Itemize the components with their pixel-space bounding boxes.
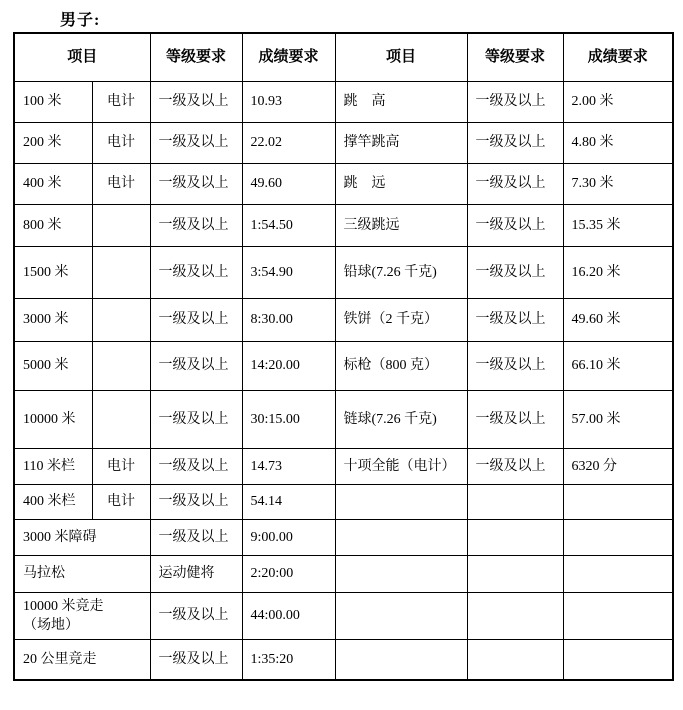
event-cell: 10000 米竞走 （场地） — [14, 592, 150, 639]
result-cell: 7.30 米 — [563, 163, 673, 204]
event-cell: 100 米 — [14, 81, 92, 122]
event-cell — [335, 639, 467, 680]
event-cell — [335, 519, 467, 555]
result-cell: 44:00.00 — [242, 592, 335, 639]
result-cell: 2.00 米 — [563, 81, 673, 122]
level-cell: 一级及以上 — [467, 448, 563, 484]
event-cell: 标枪（800 克） — [335, 341, 467, 390]
level-cell: 一级及以上 — [150, 122, 242, 163]
result-cell: 54.14 — [242, 484, 335, 519]
result-cell: 57.00 米 — [563, 390, 673, 448]
table-row: 3000 米一级及以上8:30.00铁饼（2 千克）一级及以上49.60 米 — [14, 298, 673, 341]
event-cell: 110 米栏 — [14, 448, 92, 484]
timing-cell — [92, 298, 150, 341]
level-cell: 一级及以上 — [467, 390, 563, 448]
result-cell: 3:54.90 — [242, 246, 335, 298]
timing-cell: 电计 — [92, 163, 150, 204]
event-cell: 20 公里竞走 — [14, 639, 150, 680]
timing-cell: 电计 — [92, 81, 150, 122]
event-cell: 马拉松 — [14, 555, 150, 592]
level-cell: 一级及以上 — [150, 448, 242, 484]
result-cell — [563, 639, 673, 680]
level-cell — [467, 639, 563, 680]
event-cell: 铅球(7.26 千克) — [335, 246, 467, 298]
result-cell: 9:00.00 — [242, 519, 335, 555]
event-cell — [335, 484, 467, 519]
level-cell: 一级及以上 — [150, 81, 242, 122]
level-cell: 一级及以上 — [467, 122, 563, 163]
result-cell: 1:54.50 — [242, 204, 335, 246]
result-cell: 6320 分 — [563, 448, 673, 484]
event-cell: 10000 米 — [14, 390, 92, 448]
table-row: 400 米栏电计一级及以上54.14 — [14, 484, 673, 519]
level-cell: 一级及以上 — [150, 298, 242, 341]
table-row: 5000 米一级及以上14:20.00标枪（800 克）一级及以上66.10 米 — [14, 341, 673, 390]
header-cell-event-left: 项目 — [14, 33, 150, 81]
timing-cell — [92, 204, 150, 246]
header-cell-level-left: 等级要求 — [150, 33, 242, 81]
event-cell: 链球(7.26 千克) — [335, 390, 467, 448]
event-cell: 跳 高 — [335, 81, 467, 122]
result-cell: 49.60 — [242, 163, 335, 204]
result-cell: 16.20 米 — [563, 246, 673, 298]
event-cell: 3000 米障碍 — [14, 519, 150, 555]
level-cell: 一级及以上 — [467, 341, 563, 390]
level-cell: 一级及以上 — [150, 519, 242, 555]
event-cell: 200 米 — [14, 122, 92, 163]
result-cell: 14.73 — [242, 448, 335, 484]
timing-cell — [92, 341, 150, 390]
event-cell: 1500 米 — [14, 246, 92, 298]
result-cell — [563, 484, 673, 519]
level-cell: 一级及以上 — [467, 204, 563, 246]
level-cell — [467, 484, 563, 519]
timing-cell — [92, 246, 150, 298]
page-title: 男子: — [60, 7, 100, 30]
level-cell: 一级及以上 — [467, 81, 563, 122]
result-cell: 49.60 米 — [563, 298, 673, 341]
event-cell — [335, 592, 467, 639]
level-cell — [467, 592, 563, 639]
level-cell — [467, 519, 563, 555]
table-row: 110 米栏电计一级及以上14.73十项全能（电计）一级及以上6320 分 — [14, 448, 673, 484]
result-cell: 66.10 米 — [563, 341, 673, 390]
level-cell: 一级及以上 — [150, 484, 242, 519]
result-cell — [563, 592, 673, 639]
header-cell-level-right: 等级要求 — [467, 33, 563, 81]
result-cell: 1:35:20 — [242, 639, 335, 680]
level-cell: 一级及以上 — [150, 341, 242, 390]
table-row: 200 米电计一级及以上22.02撑竿跳高一级及以上4.80 米 — [14, 122, 673, 163]
header-row: 项目等级要求成绩要求项目等级要求成绩要求 — [14, 33, 673, 81]
event-cell: 三级跳远 — [335, 204, 467, 246]
standards-table: 项目等级要求成绩要求项目等级要求成绩要求100 米电计一级及以上10.93跳 高… — [13, 32, 674, 681]
event-cell: 十项全能（电计） — [335, 448, 467, 484]
level-cell: 一级及以上 — [150, 390, 242, 448]
table-row: 400 米电计一级及以上49.60跳 远一级及以上7.30 米 — [14, 163, 673, 204]
level-cell: 运动健将 — [150, 555, 242, 592]
result-cell: 10.93 — [242, 81, 335, 122]
result-cell: 14:20.00 — [242, 341, 335, 390]
table-row: 10000 米竞走 （场地）一级及以上44:00.00 — [14, 592, 673, 639]
level-cell: 一级及以上 — [467, 163, 563, 204]
table-row: 20 公里竞走一级及以上1:35:20 — [14, 639, 673, 680]
result-cell: 8:30.00 — [242, 298, 335, 341]
event-cell: 400 米 — [14, 163, 92, 204]
result-cell: 22.02 — [242, 122, 335, 163]
header-cell-result-right: 成绩要求 — [563, 33, 673, 81]
header-cell-event-right: 项目 — [335, 33, 467, 81]
level-cell: 一级及以上 — [150, 246, 242, 298]
header-cell-result-left: 成绩要求 — [242, 33, 335, 81]
timing-cell: 电计 — [92, 448, 150, 484]
event-cell: 铁饼（2 千克） — [335, 298, 467, 341]
result-cell — [563, 519, 673, 555]
event-cell: 5000 米 — [14, 341, 92, 390]
event-cell: 400 米栏 — [14, 484, 92, 519]
result-cell: 30:15.00 — [242, 390, 335, 448]
table-row: 3000 米障碍一级及以上9:00.00 — [14, 519, 673, 555]
level-cell: 一级及以上 — [467, 298, 563, 341]
table-row: 800 米一级及以上1:54.50三级跳远一级及以上15.35 米 — [14, 204, 673, 246]
timing-cell: 电计 — [92, 484, 150, 519]
event-cell: 跳 远 — [335, 163, 467, 204]
table-row: 1500 米一级及以上3:54.90铅球(7.26 千克)一级及以上16.20 … — [14, 246, 673, 298]
level-cell: 一级及以上 — [150, 592, 242, 639]
level-cell — [467, 555, 563, 592]
level-cell: 一级及以上 — [467, 246, 563, 298]
table-row: 马拉松运动健将2:20:00 — [14, 555, 673, 592]
timing-cell: 电计 — [92, 122, 150, 163]
table-row: 100 米电计一级及以上10.93跳 高一级及以上2.00 米 — [14, 81, 673, 122]
level-cell: 一级及以上 — [150, 639, 242, 680]
result-cell: 2:20:00 — [242, 555, 335, 592]
level-cell: 一级及以上 — [150, 204, 242, 246]
event-cell: 3000 米 — [14, 298, 92, 341]
timing-cell — [92, 390, 150, 448]
level-cell: 一级及以上 — [150, 163, 242, 204]
table-row: 10000 米一级及以上30:15.00链球(7.26 千克)一级及以上57.0… — [14, 390, 673, 448]
event-cell: 撑竿跳高 — [335, 122, 467, 163]
event-cell: 800 米 — [14, 204, 92, 246]
result-cell — [563, 555, 673, 592]
result-cell: 4.80 米 — [563, 122, 673, 163]
event-cell — [335, 555, 467, 592]
result-cell: 15.35 米 — [563, 204, 673, 246]
